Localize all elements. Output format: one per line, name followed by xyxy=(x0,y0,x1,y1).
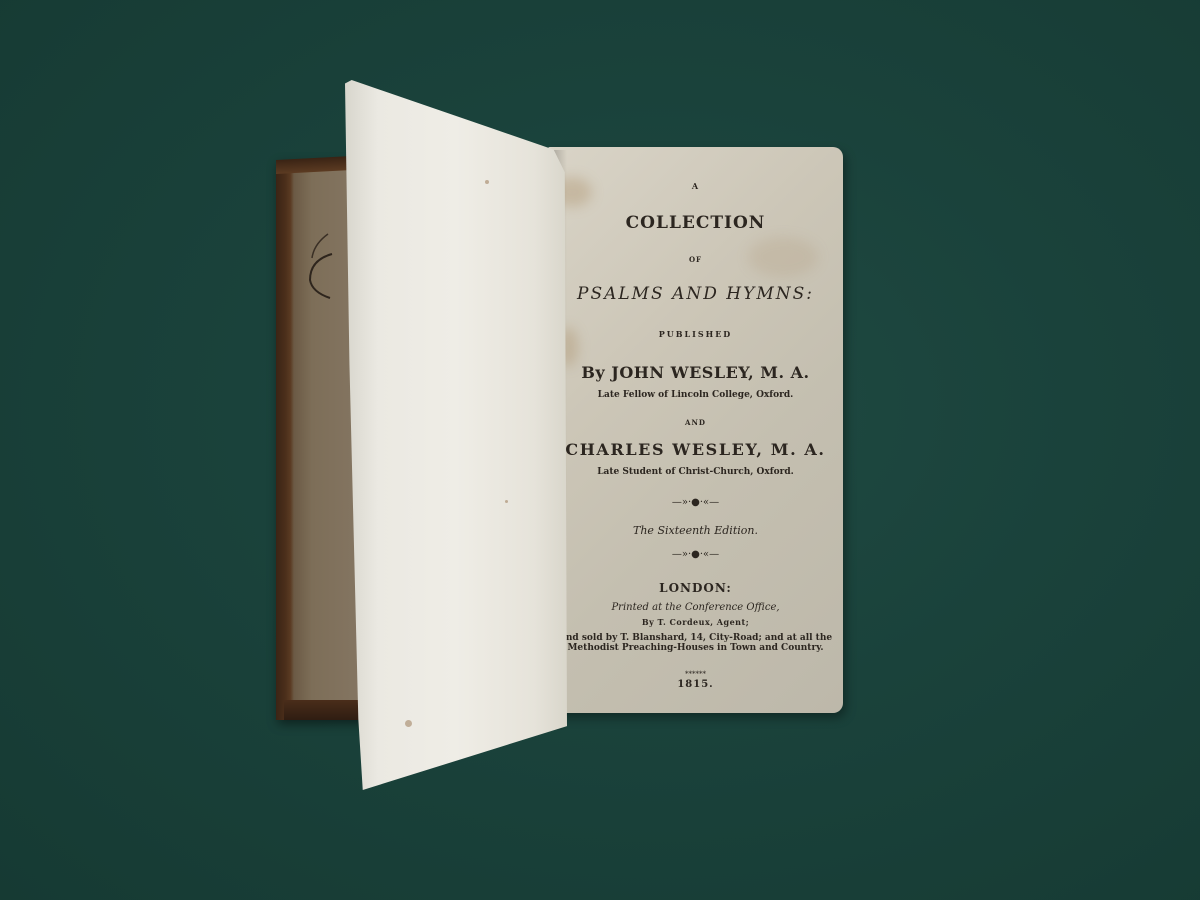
foxing-spot xyxy=(485,180,489,184)
stars-divider-icon: ⁎⁎⁎⁎⁎⁎ xyxy=(548,668,843,676)
author-john-wesley: By JOHN WESLEY, M. A. xyxy=(548,363,843,382)
published-label: PUBLISHED xyxy=(548,329,843,339)
and-label: AND xyxy=(548,418,843,427)
author-charles-note: Late Student of Christ-Church, Oxford. xyxy=(548,467,843,477)
edition-label: The Sixteenth Edition. xyxy=(548,524,843,537)
ornament-divider-icon: —»·●·«— xyxy=(548,549,843,560)
author-john-note: Late Fellow of Lincoln College, Oxford. xyxy=(548,390,843,400)
title-collection: COLLECTION xyxy=(548,213,843,233)
title-of: OF xyxy=(548,255,843,264)
imprint-printed: Printed at the Conference Office, xyxy=(548,602,843,613)
title-page: A COLLECTION OF PSALMS AND HYMNS: PUBLIS… xyxy=(548,147,843,713)
photo-scene: A COLLECTION OF PSALMS AND HYMNS: PUBLIS… xyxy=(0,0,1200,900)
foxing-spot xyxy=(505,500,508,503)
imprint-place: LONDON: xyxy=(548,581,843,595)
imprint-sold: And sold by T. Blanshard, 14, City-Road;… xyxy=(548,633,843,653)
imprint-year: 1815. xyxy=(548,679,843,690)
ornament-divider-icon: —»·●·«— xyxy=(548,497,843,508)
imprint-printer: By T. Cordeux, Agent; xyxy=(548,617,843,627)
book-title: PSALMS AND HYMNS: xyxy=(548,284,843,304)
title-article: A xyxy=(548,181,843,191)
raised-flyleaf xyxy=(345,80,567,790)
foxing-spot xyxy=(405,720,412,727)
cover-bottom-edge xyxy=(284,700,366,720)
author-charles-wesley: CHARLES WESLEY, M. A. xyxy=(548,440,843,459)
